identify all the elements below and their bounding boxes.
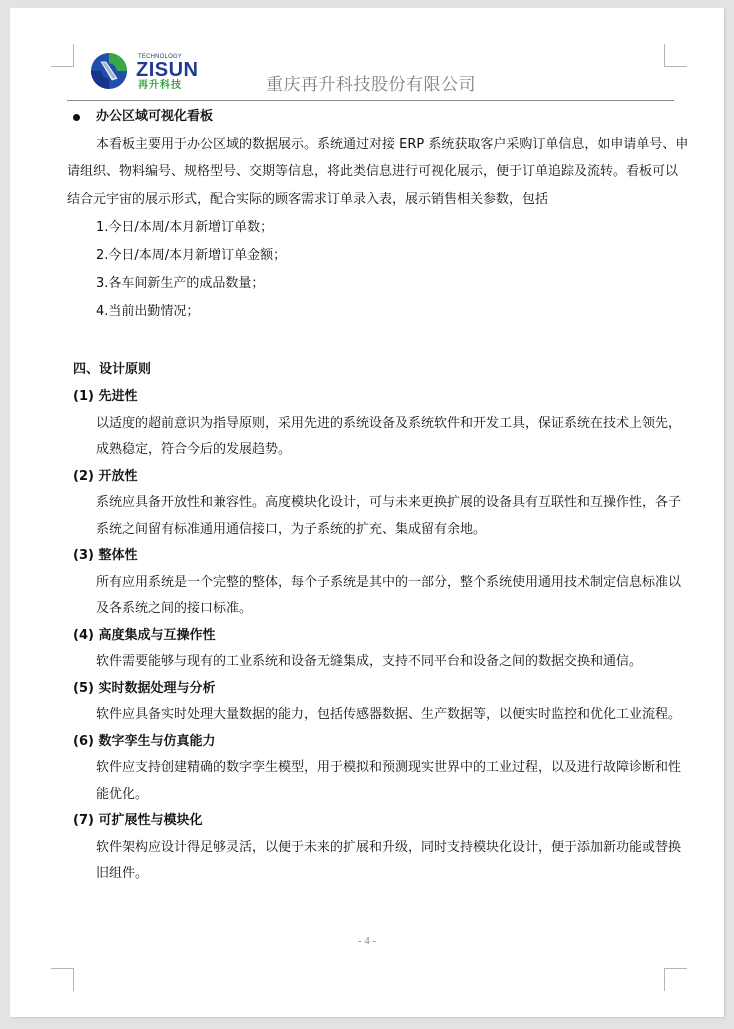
document-page: TECHNOLOGY ZISUN 再升科技 重庆再升科技股份有限公司 办公区域可…: [10, 8, 724, 1017]
bullet-icon: [73, 114, 80, 121]
principle-title: (5) 实时数据处理与分析: [73, 681, 215, 697]
principle-text: 软件架构应设计得足够灵活，以便于未来的扩展和升级，同时支持模块化设计，便于添加新…: [96, 840, 681, 856]
principle-text: 及各系统之间的接口标准。: [96, 601, 252, 617]
paragraph-line: 结合元宇宙的展示形式，配合实际的顾客需求订单录入表，展示销售相关参数，包括: [67, 192, 548, 208]
list-item: 4.当前出勤情况；: [96, 304, 199, 320]
page-number: - 4 -: [10, 935, 724, 947]
section-title: 办公区域可视化看板: [96, 109, 213, 125]
principle-text: 软件应具备实时处理大量数据的能力，包括传感器数据、生产数据等，以便实时监控和优化…: [96, 707, 681, 723]
principle-title: (3) 整体性: [73, 548, 137, 564]
principle-text: 所有应用系统是一个完整的整体，每个子系统是其中的一部分，整个系统使用通用技术制定…: [96, 575, 681, 591]
principle-text: 系统应具备开放性和兼容性。高度模块化设计，可与未来更换扩展的设备具有互联性和互操…: [96, 495, 681, 511]
principle-title: (2) 开放性: [73, 469, 137, 485]
principle-title: (4) 高度集成与互操作性: [73, 628, 215, 644]
principle-text: 软件应支持创建精确的数字孪生模型，用于模拟和预测现实世界中的工业过程，以及进行故…: [96, 760, 681, 776]
principle-title: (1) 先进性: [73, 389, 137, 405]
principle-text: 系统之间留有标准通用通信接口，为子系统的扩充、集成留有余地。: [96, 522, 486, 538]
list-item: 3.各车间新生产的成品数量；: [96, 276, 264, 292]
document-body: 办公区域可视化看板 本看板主要用于办公区域的数据展示。系统通过对接 ERP 系统…: [10, 8, 724, 1017]
principle-text: 软件需要能够与现有的工业系统和设备无缝集成，支持不同平台和设备之间的数据交换和通…: [96, 654, 642, 670]
principle-text: 能优化。: [96, 787, 148, 803]
paragraph-line: 请组织、物料编号、规格型号、交期等信息，将此类信息进行可视化展示，便于订单追踪及…: [67, 164, 678, 180]
principle-text: 成熟稳定，符合今后的发展趋势。: [96, 442, 291, 458]
paragraph-line: 本看板主要用于办公区域的数据展示。系统通过对接 ERP 系统获取客户采购订单信息…: [96, 137, 688, 153]
principle-text: 旧组件。: [96, 866, 148, 882]
principle-title: (7) 可扩展性与模块化: [73, 813, 202, 829]
section-heading: 四、设计原则: [73, 362, 151, 378]
list-item: 2.今日/本周/本月新增订单金额；: [96, 248, 286, 264]
list-item: 1.今日/本周/本月新增订单数；: [96, 220, 273, 236]
principle-text: 以适度的超前意识为指导原则，采用先进的系统设备及系统软件和开发工具，保证系统在技…: [96, 416, 681, 432]
principle-title: (6) 数字孪生与仿真能力: [73, 734, 215, 750]
